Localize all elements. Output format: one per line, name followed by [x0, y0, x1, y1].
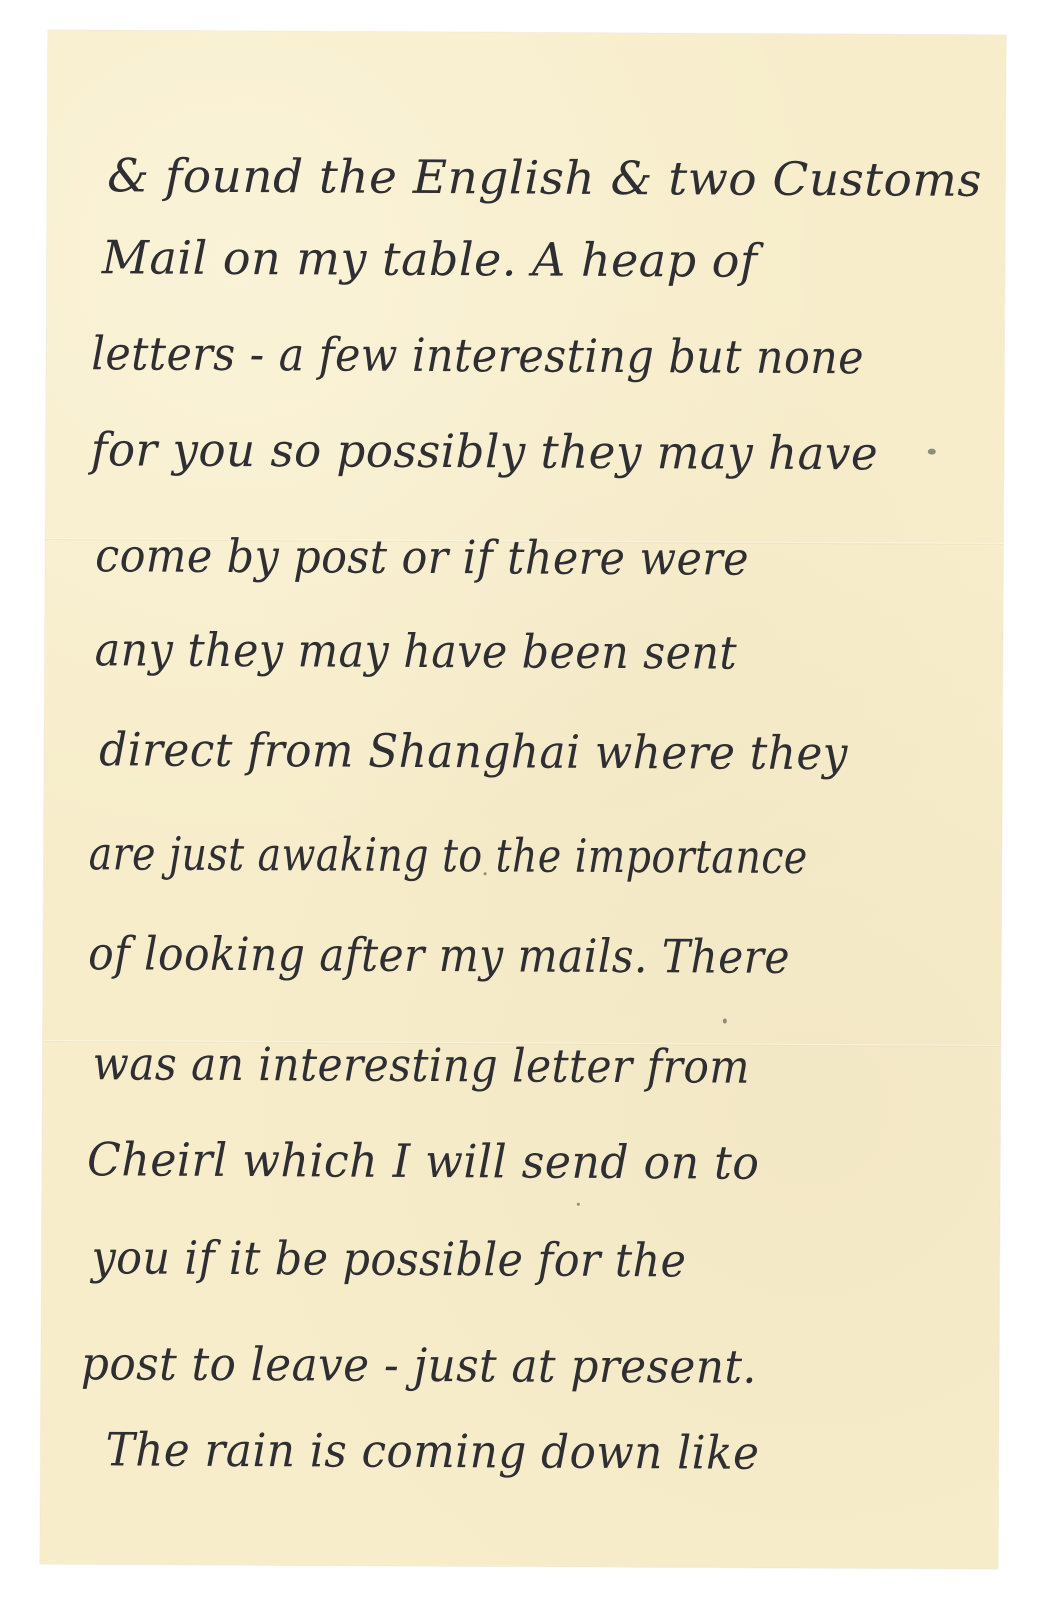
letter-line-13: post to leave - just at present.	[81, 1336, 757, 1394]
letter-line-2: Mail on my table. A heap of	[102, 230, 758, 287]
letter-line-7: direct from Shanghai where they	[99, 722, 848, 780]
letter-line-10: was an interesting letter from	[92, 1036, 750, 1093]
letter-line-3: letters - a few interesting but none	[91, 326, 864, 384]
letter-line-14: The rain is coming down like	[105, 1422, 759, 1479]
ink-blot	[928, 449, 936, 455]
letter-line-9: of looking after my mails. There	[88, 926, 790, 984]
letter-line-6: any they may have been sent	[95, 622, 738, 679]
ink-speck	[723, 1019, 727, 1024]
letter-line-8: are just awaking to the importance	[89, 826, 808, 884]
ink-speck	[484, 872, 487, 875]
letter-page: & found the English & two Customs Mail o…	[40, 30, 1006, 1569]
letter-line-1: & found the English & two Customs	[107, 148, 982, 207]
letter-line-12: you if it be possible for the	[91, 1230, 686, 1287]
letter-line-4: for you so possibly they may have	[91, 422, 879, 480]
ink-speck	[577, 1203, 580, 1206]
letter-line-11: Cheirl which I will send on to	[87, 1132, 760, 1190]
letter-line-5: come by post or if there were	[95, 528, 749, 585]
ink-speck	[526, 361, 529, 364]
